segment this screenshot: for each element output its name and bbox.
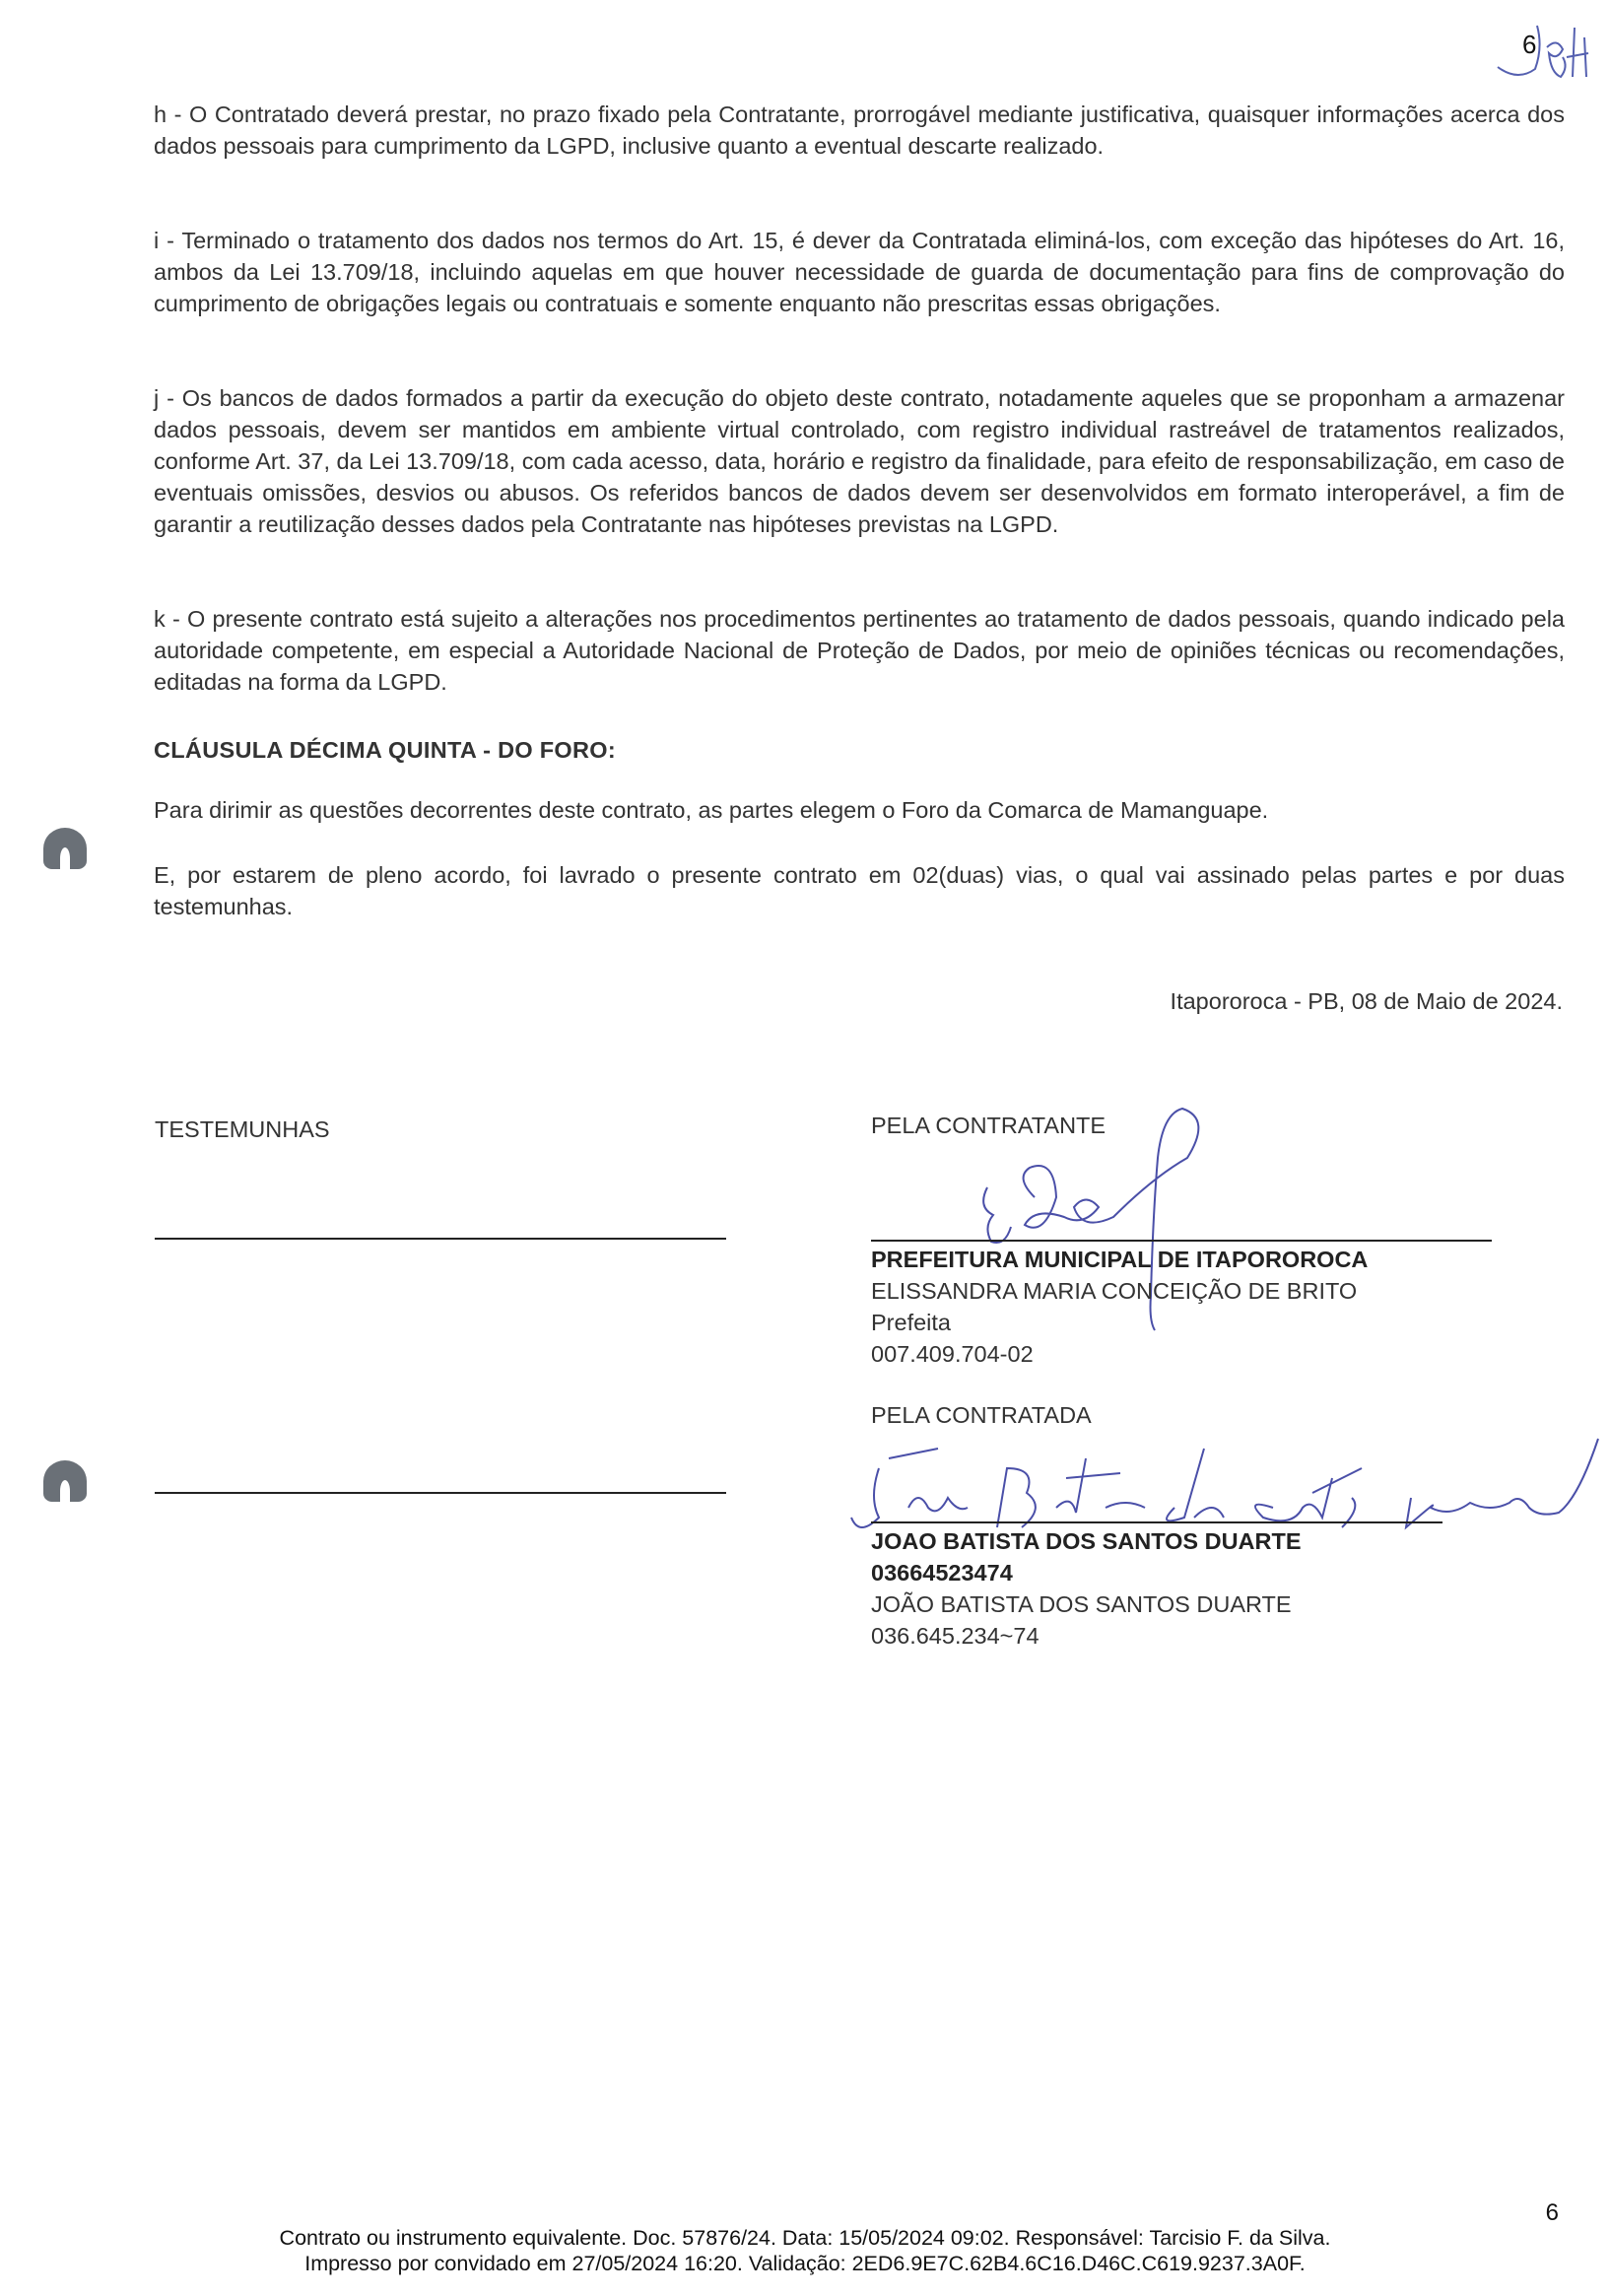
contratada-signature-line xyxy=(871,1521,1442,1523)
contratante-role: Prefeita xyxy=(871,1307,951,1338)
handwritten-folio-mark xyxy=(1478,18,1596,97)
place-date: Itapororoca - PB, 08 de Maio de 2024. xyxy=(1171,985,1563,1017)
witness-1-signature-line xyxy=(155,1238,726,1240)
contratada-document: 036.645.234~74 xyxy=(871,1620,1040,1652)
clause-k: k - O presente contrato está sujeito a a… xyxy=(154,603,1565,698)
foro-text: Para dirimir as questões decorrentes des… xyxy=(154,794,1268,826)
witness-2-signature-line xyxy=(155,1492,726,1494)
witnesses-label: TESTEMUNHAS xyxy=(155,1114,330,1145)
contratante-entity: PREFEITURA MUNICIPAL DE ITAPOROROCA xyxy=(871,1244,1368,1275)
contratante-name: ELISSANDRA MARIA CONCEIÇÃO DE BRITO xyxy=(871,1275,1357,1307)
clause-i: i - Terminado o tratamento dos dados nos… xyxy=(154,225,1565,319)
punch-hole-mark xyxy=(43,1460,87,1502)
page-number-top: 6 xyxy=(1522,30,1536,60)
punch-hole-mark xyxy=(43,828,87,869)
footer-line-1: Contrato ou instrumento equivalente. Doc… xyxy=(0,2225,1610,2251)
contratada-name: JOÃO BATISTA DOS SANTOS DUARTE xyxy=(871,1588,1292,1620)
section-heading-foro: CLÁUSULA DÉCIMA QUINTA - DO FORO: xyxy=(154,737,616,764)
contratada-label: PELA CONTRATADA xyxy=(871,1399,1092,1431)
clause-j: j - Os bancos de dados formados a partir… xyxy=(154,382,1565,540)
contratada-entity: JOAO BATISTA DOS SANTOS DUARTE xyxy=(871,1525,1302,1557)
contratada-cnpj: 03664523474 xyxy=(871,1557,1013,1588)
clause-h: h - O Contratado deverá prestar, no praz… xyxy=(154,99,1565,162)
closing-text: E, por estarem de pleno acordo, foi lavr… xyxy=(154,859,1565,922)
footer-line-2: Impresso por convidado em 27/05/2024 16:… xyxy=(0,2251,1610,2276)
page-number-bottom: 6 xyxy=(1546,2199,1559,2227)
contratante-document: 007.409.704-02 xyxy=(871,1338,1034,1370)
contratante-signature-line xyxy=(871,1240,1492,1242)
